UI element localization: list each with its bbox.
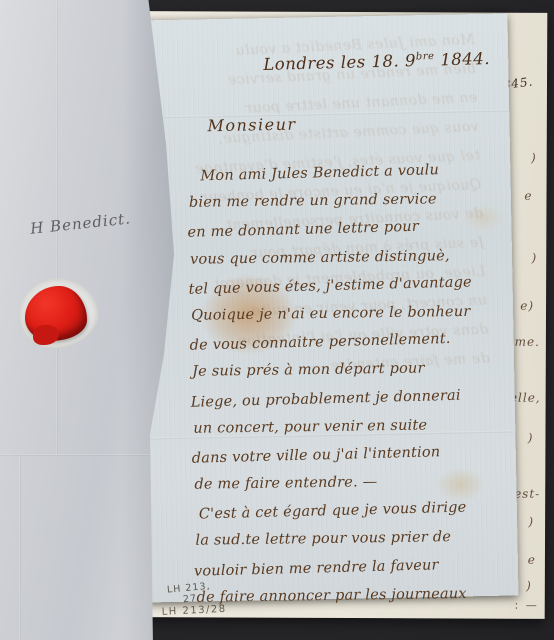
- fold-crease: [19, 454, 21, 640]
- fold-crease: [137, 109, 509, 118]
- ink-edge-fragment: ): [528, 431, 534, 445]
- letter-page: Mon ami Jules Benedict a voulu bien me r…: [135, 13, 518, 602]
- ink-edge-fragment: e): [520, 299, 534, 313]
- ink-edge-fragment: ): [531, 151, 537, 165]
- red-wax-seal: [25, 286, 87, 341]
- salutation: Monsieur: [207, 115, 296, 136]
- ink-edge-fragment: ): [532, 251, 538, 265]
- dateline-prefix: Londres les 18. 9: [263, 51, 416, 74]
- ink-bottom-mark: : —: [515, 599, 539, 612]
- ink-edge-fragment: e: [528, 553, 536, 567]
- ink-edge-fragment: ): [528, 515, 534, 529]
- ink-edge-fragment: est-: [514, 487, 540, 501]
- dateline-suffix: 1844.: [435, 49, 491, 69]
- dateline: Londres les 18. 9bre 1844.: [263, 49, 490, 74]
- dateline-superscript: bre: [416, 51, 435, 62]
- catalog-number-letter: LH 213, 27: [167, 581, 212, 607]
- letter-body: Mon ami Jules Benedict a voulu bien me r…: [186, 162, 511, 619]
- fold-crease: [0, 454, 172, 456]
- ink-edge-fragment: e: [524, 189, 532, 203]
- photograph-of-letter: 1845. ) e ) e) me. elle, ) est- ) e ) LH…: [0, 0, 554, 640]
- body-line: de faire annoncer par les journeaux: [196, 585, 510, 618]
- ink-edge-fragment: ): [526, 579, 532, 593]
- ink-edge-fragment: me.: [515, 335, 540, 349]
